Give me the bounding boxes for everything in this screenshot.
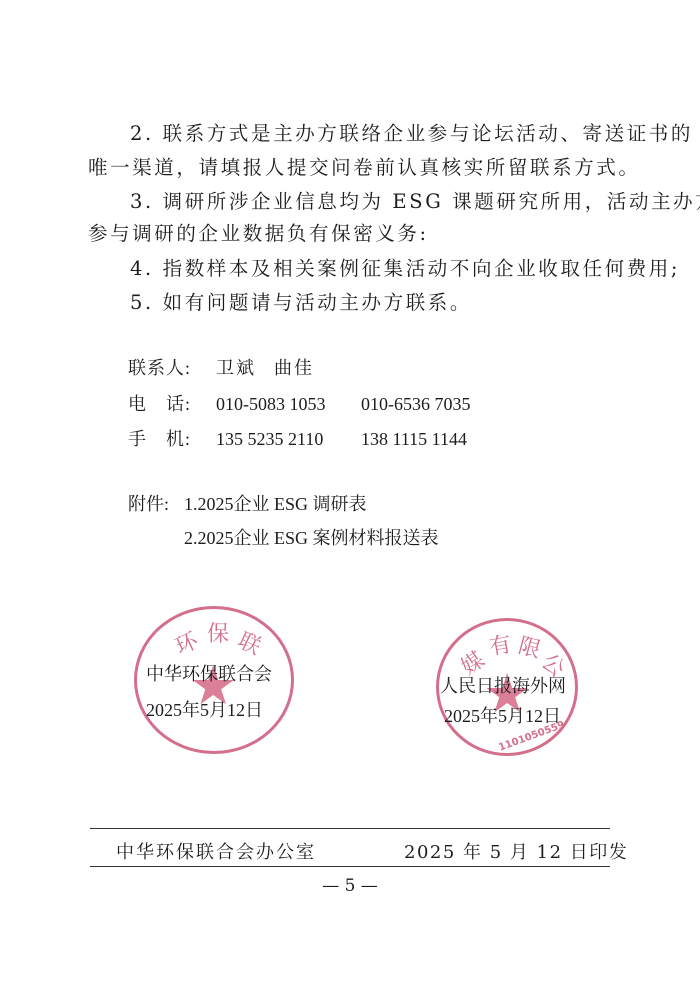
seal-arc-char: 有 — [486, 627, 513, 661]
contact-phone-row: 电 话:010-5083 1053010-6536 7035 — [128, 390, 471, 416]
contact-person-row: 联系人:卫斌曲佳 — [128, 354, 314, 380]
seal-2-date: 2025年5月12日 — [444, 702, 561, 728]
footer-issue-date: 2025 年 5 月 12 日印发 — [404, 838, 628, 864]
page-number: — 5 — — [0, 876, 700, 896]
seal-1-date: 2025年5月12日 — [146, 696, 263, 722]
contact-phone-1: 010-5083 1053 — [216, 394, 361, 415]
note-item-4: 4. 指数样本及相关案例征集活动不向企业收取任何费用; — [130, 253, 680, 281]
note-item-3-line-2: 参与调研的企业数据负有保密义务: — [88, 218, 429, 246]
note-item-3-line-1: 3. 调研所涉企业信息均为 ESG 课题研究所用，活动主办方对 — [130, 186, 700, 214]
attachment-item-1: 1.2025企业 ESG 调研表 — [184, 494, 367, 514]
contact-person-label: 联系人: — [128, 354, 216, 380]
contact-mobile-row: 手 机:135 5235 2110138 1115 1144 — [128, 425, 467, 451]
footer-bottom-rule — [90, 866, 610, 867]
contact-mobile-2: 138 1115 1144 — [361, 429, 467, 449]
contact-person-1: 卫斌 — [216, 354, 274, 380]
note-item-2-line-2: 唯一渠道，请填报人提交问卷前认真核实所留联系方式。 — [88, 152, 641, 180]
note-item-2-line-1: 2. 联系方式是主办方联络企业参与论坛活动、寄送证书的 — [130, 118, 693, 146]
contact-phone-2: 010-6536 7035 — [361, 394, 471, 414]
seal-arc-char: 保 — [207, 617, 229, 648]
note-item-5: 5. 如有问题请与活动主办方联系。 — [130, 287, 472, 315]
contact-person-2: 曲佳 — [274, 358, 314, 378]
footer-top-rule — [90, 828, 610, 829]
attachments-row-1: 附件:1.2025企业 ESG 调研表 — [128, 490, 367, 516]
seal-arc-char: 联 — [233, 624, 266, 661]
attachments-label: 附件: — [128, 490, 184, 516]
seal-arc-char: 限 — [515, 629, 544, 665]
seal-1-org: 中华环保联合会 — [146, 660, 272, 686]
attachment-item-2: 2.2025企业 ESG 案例材料报送表 — [184, 524, 439, 550]
contact-mobile-label: 手 机: — [128, 425, 216, 451]
contact-mobile-1: 135 5235 2110 — [216, 429, 361, 450]
contact-phone-label: 电 话: — [128, 390, 216, 416]
footer-issuer: 中华环保联合会办公室 — [116, 838, 316, 864]
seal-2-org: 人民日报海外网 — [440, 672, 566, 698]
